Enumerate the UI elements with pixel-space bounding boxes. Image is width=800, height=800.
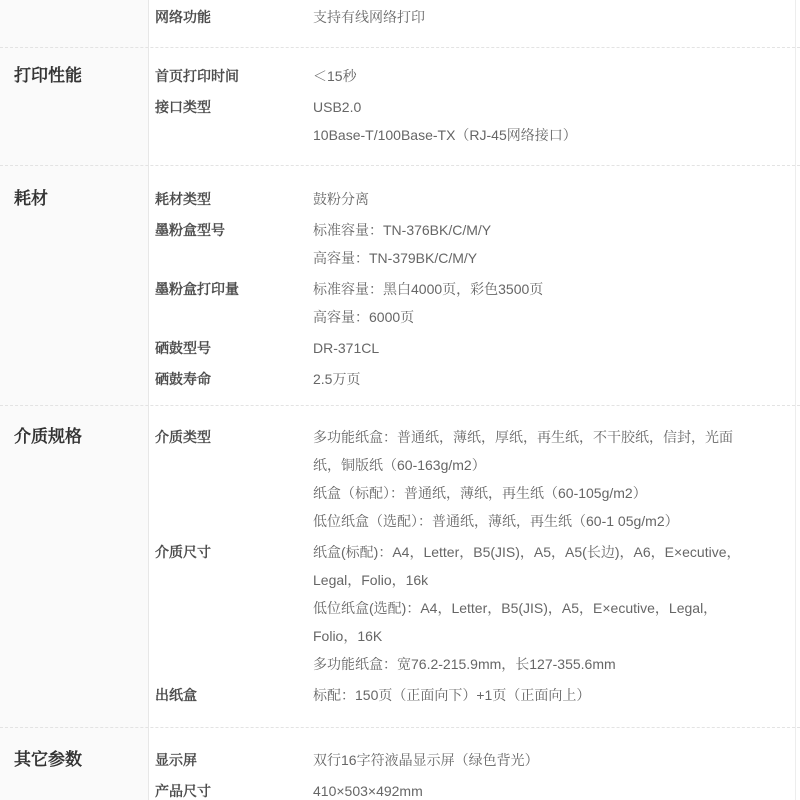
spec-label: 墨粉盒打印量 bbox=[155, 275, 313, 331]
spec-value-line: 纸盒（标配）：普通纸，薄纸，再生纸（60-105g/m2） bbox=[313, 479, 800, 507]
spec-row: 产品尺寸 410×503×492mm bbox=[155, 777, 800, 800]
spec-value-line: ＜15秒 bbox=[313, 62, 800, 90]
spec-value-line: 标准容量：TN-376BK/C/M/Y bbox=[313, 216, 800, 244]
spec-row: 介质尺寸 纸盒(标配)：A4，Letter，B5(JIS)，A5，A5(长边)，… bbox=[155, 538, 800, 678]
spec-sections: 网络功能 支持有线网络打印 打印性能 首页打印时间 ＜15秒 接口类型 bbox=[0, 0, 800, 800]
spec-value-line: 410×503×492mm bbox=[313, 777, 800, 800]
spec-label: 耗材类型 bbox=[155, 185, 313, 213]
spec-label: 网络功能 bbox=[155, 3, 313, 31]
spec-label: 墨粉盒型号 bbox=[155, 216, 313, 272]
spec-value-line: 多功能纸盒：宽76.2-215.9mm，长127-355.6mm bbox=[313, 650, 800, 678]
spec-label: 介质类型 bbox=[155, 423, 313, 535]
spec-row: 介质类型 多功能纸盒：普通纸，薄纸，厚纸，再生纸，不干胶纸，信封，光面 纸，铜版… bbox=[155, 423, 800, 535]
section-category: 介质规格 bbox=[0, 423, 148, 727]
spec-label: 显示屏 bbox=[155, 746, 313, 774]
spec-section-print-performance: 打印性能 首页打印时间 ＜15秒 接口类型 USB2.0 10Base-T/10… bbox=[0, 47, 800, 165]
spec-row: 显示屏 双行16字符液晶显示屏（绿色背光） bbox=[155, 746, 800, 774]
section-category: 其它参数 bbox=[0, 746, 148, 800]
spec-label: 产品尺寸 bbox=[155, 777, 313, 800]
spec-value-line: 纸，铜版纸（60-163g/m2） bbox=[313, 451, 800, 479]
spec-value-line: 低位纸盒（选配）：普通纸，薄纸，再生纸（60-1 05g/m2） bbox=[313, 507, 800, 535]
spec-value-line: 标准容量：黑白4000页，彩色3500页 bbox=[313, 275, 800, 303]
spec-value-line: 鼓粉分离 bbox=[313, 185, 800, 213]
spec-label: 介质尺寸 bbox=[155, 538, 313, 678]
spec-value-line: 纸盒(标配)：A4，Letter，B5(JIS)，A5，A5(长边)，A6，E×… bbox=[313, 538, 800, 566]
spec-label: 出纸盒 bbox=[155, 681, 313, 709]
spec-value-line: 高容量：6000页 bbox=[313, 303, 800, 331]
spec-section-media: 介质规格 介质类型 多功能纸盒：普通纸，薄纸，厚纸，再生纸，不干胶纸，信封，光面… bbox=[0, 405, 800, 727]
spec-label: 硒鼓型号 bbox=[155, 334, 313, 362]
spec-value-line: DR-371CL bbox=[313, 334, 800, 362]
section-category: 打印性能 bbox=[0, 62, 148, 165]
spec-section-consumables: 耗材 耗材类型 鼓粉分离 墨粉盒型号 标准容量：TN-376BK/C/M/Y 高… bbox=[0, 165, 800, 405]
spec-value-line: 2.5万页 bbox=[313, 365, 800, 393]
spec-label: 硒鼓寿命 bbox=[155, 365, 313, 393]
spec-row: 墨粉盒打印量 标准容量：黑白4000页，彩色3500页 高容量：6000页 bbox=[155, 275, 800, 331]
spec-row: 硒鼓寿命 2.5万页 bbox=[155, 365, 800, 393]
spec-value-line: USB2.0 bbox=[313, 93, 800, 121]
spec-value-line: 10Base-T/100Base-TX（RJ-45网络接口） bbox=[313, 121, 800, 149]
spec-label: 首页打印时间 bbox=[155, 62, 313, 90]
spec-table: 网络功能 支持有线网络打印 打印性能 首页打印时间 ＜15秒 接口类型 bbox=[0, 0, 800, 800]
spec-row: 耗材类型 鼓粉分离 bbox=[155, 185, 800, 213]
spec-row: 接口类型 USB2.0 10Base-T/100Base-TX（RJ-45网络接… bbox=[155, 93, 800, 149]
spec-value-line: 双行16字符液晶显示屏（绿色背光） bbox=[313, 746, 800, 774]
spec-value-line: Legal，Folio，16k bbox=[313, 566, 800, 594]
spec-row: 出纸盒 标配：150页（正面向下）+1页（正面向上） bbox=[155, 681, 800, 709]
spec-label: 接口类型 bbox=[155, 93, 313, 149]
spec-value-line: 标配：150页（正面向下）+1页（正面向上） bbox=[313, 681, 800, 709]
spec-value-line: 支持有线网络打印 bbox=[313, 3, 800, 31]
spec-row: 网络功能 支持有线网络打印 bbox=[155, 3, 800, 31]
section-category bbox=[0, 3, 148, 47]
spec-value-line: 高容量：TN-379BK/C/M/Y bbox=[313, 244, 800, 272]
spec-section-network: 网络功能 支持有线网络打印 bbox=[0, 0, 800, 47]
spec-value-line: 低位纸盒(选配)：A4，Letter，B5(JIS)，A5，E×ecutive，… bbox=[313, 594, 800, 622]
spec-value-line: Folio，16K bbox=[313, 622, 800, 650]
section-category: 耗材 bbox=[0, 185, 148, 405]
spec-section-other: 其它参数 显示屏 双行16字符液晶显示屏（绿色背光） 产品尺寸 410×503×… bbox=[0, 727, 800, 800]
spec-row: 墨粉盒型号 标准容量：TN-376BK/C/M/Y 高容量：TN-379BK/C… bbox=[155, 216, 800, 272]
spec-value-line: 多功能纸盒：普通纸，薄纸，厚纸，再生纸，不干胶纸，信封，光面 bbox=[313, 423, 800, 451]
spec-row: 硒鼓型号 DR-371CL bbox=[155, 334, 800, 362]
spec-row: 首页打印时间 ＜15秒 bbox=[155, 62, 800, 90]
